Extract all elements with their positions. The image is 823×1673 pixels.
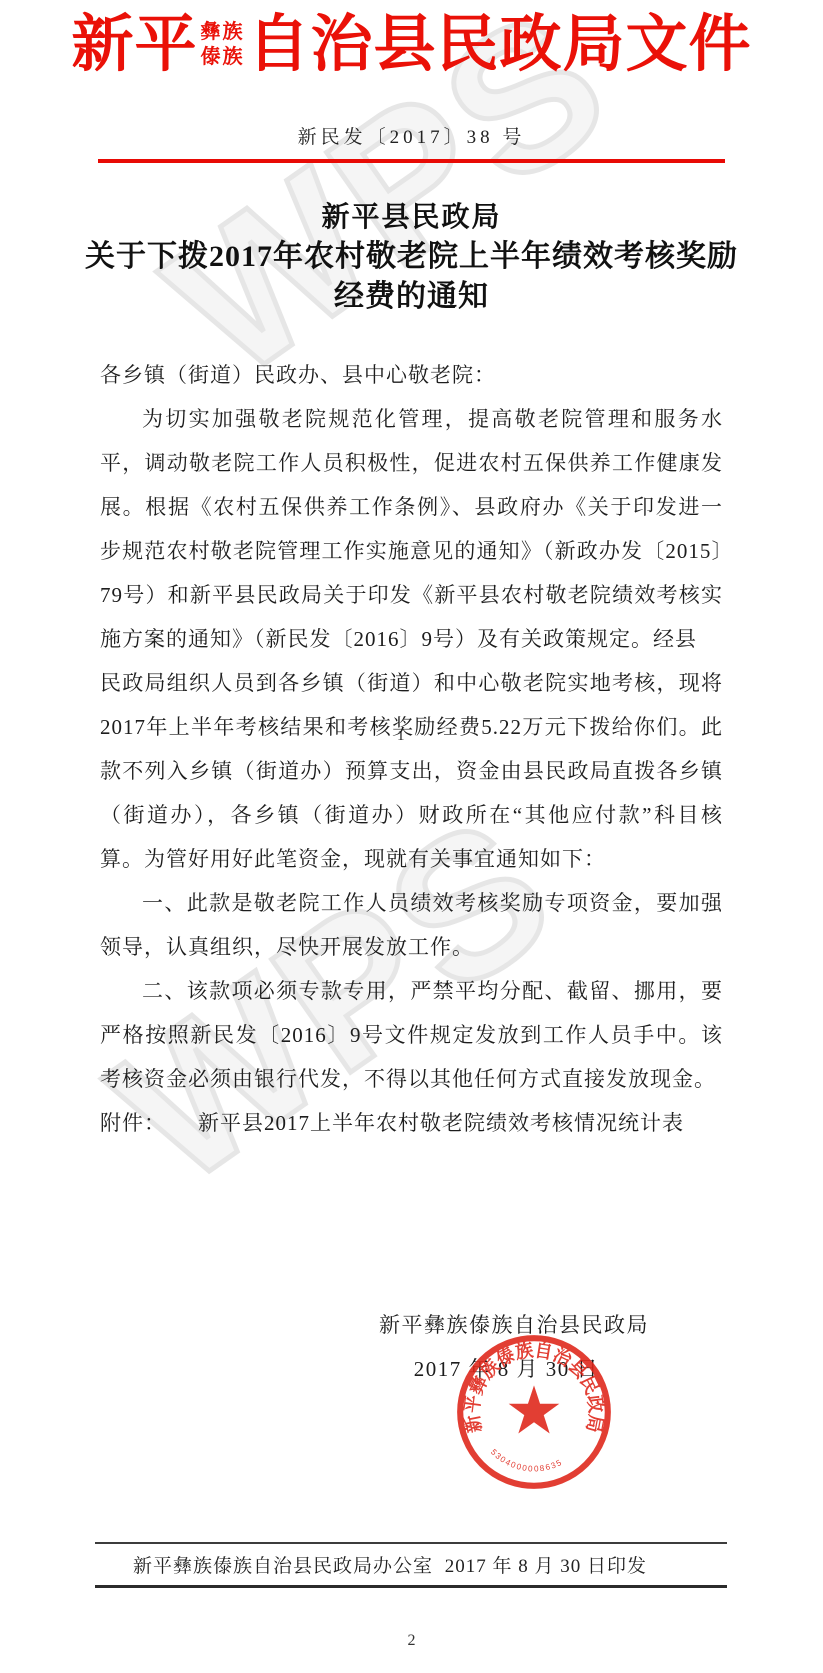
masthead-prefix: 新平 (71, 14, 197, 76)
red-header-masthead: 新平 彝族 傣族 自治县民政局文件 (0, 0, 823, 76)
masthead-suffix: 自治县民政局文件 (248, 14, 752, 76)
footer-office: 新平彝族傣族自治县民政局办公室 (133, 1551, 433, 1578)
document-title: 新平县民政局 关于下拨2017年农村敬老院上半年绩效考核奖励 经费的通知 (0, 199, 823, 317)
seal-star-icon (509, 1385, 560, 1433)
footer-bottom-line (95, 1585, 727, 1588)
page-1-number-artifact: 1 (397, 728, 405, 745)
document-body: 各乡镇（街道）民政办、县中心敬老院： 为切实加强敬老院规范化管理，提高敬老院管理… (100, 353, 723, 1145)
official-red-seal: 新平彝族傣族自治县民政局 5304000008635 (452, 1330, 616, 1494)
paragraph-1-part-a: 为切实加强敬老院规范化管理，提高敬老院管理和服务水平，调动敬老院工作人员积极性，… (100, 397, 723, 661)
page-number: 2 (0, 1632, 823, 1650)
attachment-line: 附件：新平县2017上半年农村敬老院绩效考核情况统计表 (100, 1101, 723, 1145)
red-divider-line (98, 159, 725, 163)
document-page: WPS WPS 新平 彝族 傣族 自治县民政局文件 新民发〔2017〕38 号 … (0, 0, 823, 1673)
title-line-1: 新平县民政局 (0, 199, 823, 237)
masthead-ethnic-bottom: 傣族 (201, 45, 245, 70)
masthead-ethnic-stack: 彝族 傣族 (201, 20, 245, 70)
signature-block: 新平彝族傣族自治县民政局 2017 年 8 月 30 日 (0, 1303, 823, 1391)
masthead-ethnic-top: 彝族 (201, 20, 245, 45)
salutation: 各乡镇（街道）民政办、县中心敬老院： (100, 353, 723, 397)
title-line-3: 经费的通知 (0, 277, 823, 317)
svg-text:5304000008635: 5304000008635 (489, 1448, 564, 1474)
paragraph-item-2: 二、该款项必须专款专用，严禁平均分配、截留、挪用，要严格按照新民发〔2016〕9… (100, 969, 723, 1101)
signature-date: 2017 年 8 月 30 日 (0, 1347, 823, 1391)
seal-code: 5304000008635 (489, 1448, 564, 1474)
attachment-label: 附件： (100, 1111, 166, 1135)
paragraph-1-part-b: 民政局组织人员到各乡镇（街道）和中心敬老院实地考核，现将2017年上半年考核结果… (100, 661, 723, 881)
footer: 新平彝族傣族自治县民政局办公室 2017 年 8 月 30 日印发 (95, 1542, 727, 1588)
attachment-text: 新平县2017上半年农村敬老院绩效考核情况统计表 (198, 1111, 684, 1135)
footer-print-date: 2017 年 8 月 30 日印发 (445, 1551, 647, 1578)
document-number: 新民发〔2017〕38 号 (0, 122, 823, 149)
paragraph-item-1: 一、此款是敬老院工作人员绩效考核奖励专项资金，要加强领导，认真组织，尽快开展发放… (100, 881, 723, 969)
title-line-2: 关于下拨2017年农村敬老院上半年绩效考核奖励 (0, 237, 823, 277)
signature-organization: 新平彝族傣族自治县民政局 (0, 1303, 823, 1347)
